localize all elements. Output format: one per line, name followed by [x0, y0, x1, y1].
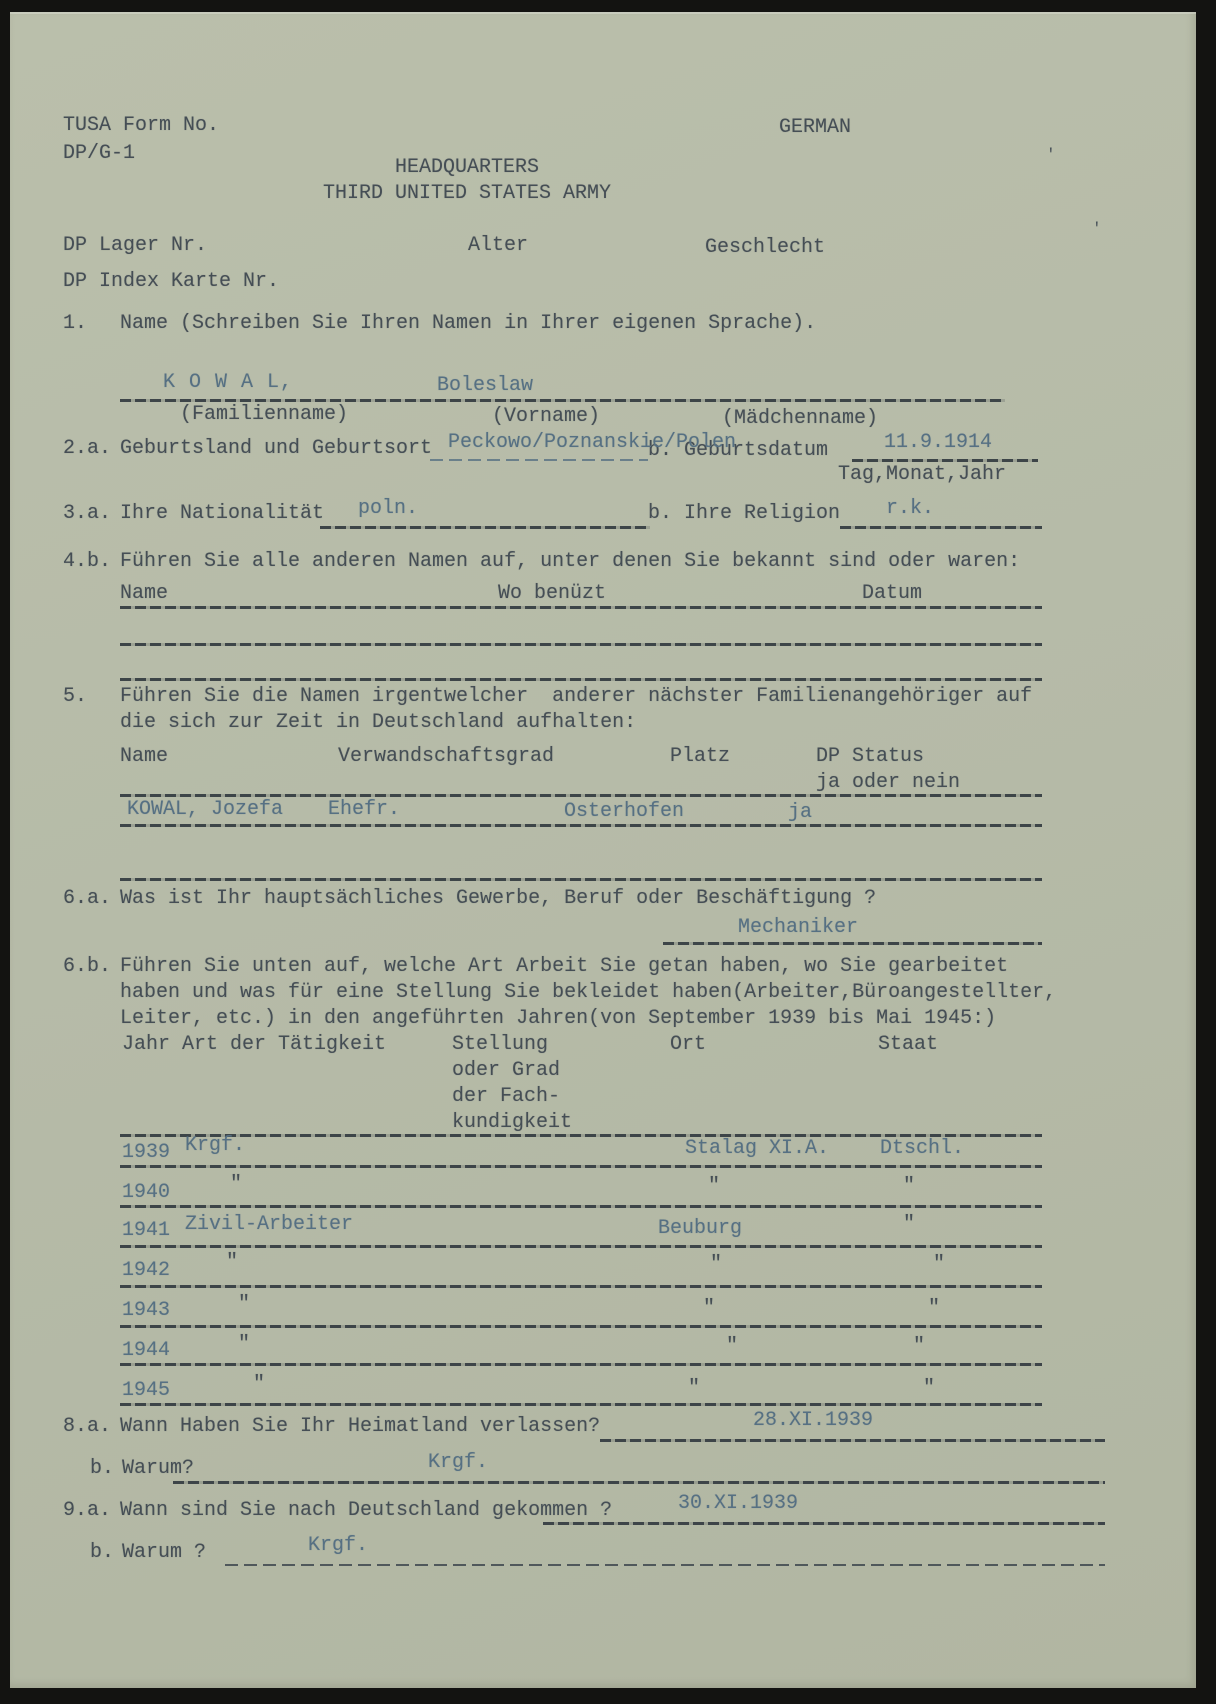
work-year: 1943: [122, 1298, 170, 1324]
birthplace-value: Peckowo/Poznanskie/Polen: [448, 430, 736, 456]
q9b-number: b.: [90, 1540, 114, 1566]
q6a-number: 6.a.: [63, 886, 111, 912]
q8a-label: Wann Haben Sie Ihr Heimatland verlassen?: [120, 1414, 600, 1440]
birthdate-value: 11.9.1914: [884, 430, 992, 456]
q5-row-rule: [120, 824, 1042, 827]
left-homeland-date-value: 28.XI.1939: [753, 1408, 873, 1434]
q5-number: 5.: [63, 684, 87, 710]
q5-label-line2: die sich zur Zeit in Deutschland aufhalt…: [120, 710, 636, 736]
q2-number: 2.a.: [63, 436, 111, 462]
q6b-col-place: Ort: [670, 1032, 706, 1058]
q6a-label: Was ist Ihr hauptsächliches Gewerbe, Ber…: [120, 886, 876, 912]
work-row-rule: [120, 1325, 1042, 1328]
q5-col-place: Platz: [670, 744, 730, 770]
given-name-value: Boleslaw: [437, 373, 533, 399]
q5-label-line1: Führen Sie die Namen irgentwelcher ander…: [120, 684, 1032, 710]
army-title: THIRD UNITED STATES ARMY: [323, 181, 611, 207]
work-country-ditto: ": [903, 1212, 915, 1238]
occupation-underline: [663, 942, 1042, 945]
work-year: 1942: [122, 1258, 170, 1284]
dp-lager-label: DP Lager Nr.: [63, 233, 207, 259]
q5-col-status1: DP Status: [816, 744, 924, 770]
work-activity: Zivil-Arbeiter: [185, 1212, 353, 1238]
work-activity: Krgf.: [185, 1133, 245, 1159]
scan-speck: ': [1046, 146, 1056, 164]
q8-number: 8.a.: [63, 1414, 111, 1440]
scan-speck: ': [1092, 220, 1102, 238]
given-name-caption: (Vorname): [492, 404, 600, 430]
work-year: 1939: [122, 1140, 170, 1166]
q9a-underline: [543, 1522, 1105, 1525]
q9a-label: Wann sind Sie nach Deutschland gekommen …: [120, 1498, 612, 1524]
occupation-value: Mechaniker: [738, 915, 858, 941]
family-name-caption: (Familienname): [180, 402, 348, 428]
q4-number: 4.b.: [63, 549, 111, 575]
work-activity-ditto: ": [238, 1292, 250, 1318]
work-row-rule: [120, 1245, 1042, 1248]
work-row-rule: [120, 1363, 1042, 1366]
work-year: 1944: [122, 1338, 170, 1364]
work-country-ditto: ": [933, 1252, 945, 1278]
work-place-ditto: ": [703, 1296, 715, 1322]
q3a-label: Ihre Nationalität: [120, 501, 324, 527]
work-year: 1941: [122, 1218, 170, 1244]
work-country-ditto: ": [903, 1174, 915, 1200]
birthplace-underline: [430, 459, 648, 461]
work-place-ditto: ": [688, 1376, 700, 1402]
language-tag: GERMAN: [779, 115, 851, 141]
work-activity-ditto: ": [238, 1332, 250, 1358]
q2a-label: Geburtsland und Geburtsort: [120, 436, 432, 462]
work-place-ditto: ": [726, 1334, 738, 1360]
q5-col-relation: Verwandschaftsgrad: [338, 744, 554, 770]
work-row-rule: [120, 1285, 1042, 1288]
work-place-ditto: ": [708, 1174, 720, 1200]
q6b-number: 6.b.: [63, 954, 111, 980]
work-activity-ditto: ": [230, 1172, 242, 1198]
q6b-label-line1: Führen Sie unten auf, welche Art Arbeit …: [120, 954, 1008, 980]
q6b-col-position2: oder Grad: [452, 1058, 560, 1084]
q1-label: Name (Schreiben Sie Ihren Namen in Ihrer…: [120, 311, 816, 337]
work-row-rule: [120, 1165, 1042, 1168]
q4-col-name: Name: [120, 581, 168, 607]
work-year: 1940: [122, 1180, 170, 1206]
relative-place-value: Osterhofen: [564, 799, 684, 825]
work-row-rule: [120, 1403, 1042, 1406]
work-country-ditto: ": [923, 1376, 935, 1402]
work-row-rule: [120, 1205, 1042, 1208]
q3b-label: b. Ihre Religion: [648, 501, 840, 527]
q6b-label-line3: Leiter, etc.) in den angeführten Jahren(…: [120, 1006, 996, 1032]
headquarters-title: HEADQUARTERS: [395, 155, 539, 181]
work-activity-ditto: ": [253, 1372, 265, 1398]
relative-relation-value: Ehefr.: [328, 797, 400, 823]
q6b-col-position4: kundigkeit: [452, 1110, 572, 1136]
arrived-germany-reason-value: Krgf.: [308, 1533, 368, 1559]
geschlecht-label: Geschlecht: [705, 235, 825, 261]
scanned-form-page: TUSA Form No. DP/G-1 GERMAN HEADQUARTERS…: [0, 0, 1216, 1704]
q6b-col-position3: der Fach-: [452, 1084, 560, 1110]
work-place: Stalag XI.A.: [685, 1136, 829, 1162]
q5-col-status2: ja oder nein: [816, 770, 960, 796]
q8b-number: b.: [90, 1456, 114, 1482]
work-place-ditto: ": [710, 1252, 722, 1278]
q4-header-rule: [120, 606, 1042, 609]
nationality-value: poln.: [358, 496, 418, 522]
q3-number: 3.a.: [63, 501, 111, 527]
dp-index-label: DP Index Karte Nr.: [63, 269, 279, 295]
q9b-label: Warum ?: [122, 1540, 206, 1566]
q4-blank-row-rule1: [120, 643, 1042, 646]
q4-col-date: Datum: [862, 581, 922, 607]
arrived-germany-date-value: 30.XI.1939: [678, 1491, 798, 1517]
q5-col-name: Name: [120, 744, 168, 770]
work-place: Beuburg: [658, 1216, 742, 1242]
q6b-col-year: Jahr: [122, 1032, 170, 1058]
work-year: 1945: [122, 1378, 170, 1404]
q6b-label-line2: haben und was für eine Stellung Sie bekl…: [120, 980, 1056, 1006]
q8a-underline: [600, 1439, 1105, 1442]
q1-number: 1.: [63, 311, 87, 337]
religion-underline: [840, 526, 1042, 529]
nationality-underline: [320, 526, 650, 529]
maiden-name-caption: (Mädchenname): [722, 406, 878, 432]
family-name-value: K O W A L,: [163, 370, 293, 396]
work-country-ditto: ": [913, 1334, 925, 1360]
q9-number: 9.a.: [63, 1498, 111, 1524]
birthdate-caption: Tag,Monat,Jahr: [838, 462, 1006, 488]
q8b-underline: [173, 1481, 1105, 1484]
relative-name-value: KOWAL, Jozefa: [127, 797, 283, 823]
left-homeland-reason-value: Krgf.: [428, 1450, 488, 1476]
relative-status-value: ja: [788, 800, 812, 826]
q6b-col-position1: Stellung: [452, 1032, 548, 1058]
q4-blank-row-rule2: [120, 678, 1042, 681]
work-country: Dtschl.: [880, 1136, 964, 1162]
q9b-underline: [225, 1564, 1105, 1566]
form-number-line1: TUSA Form No.: [63, 113, 219, 139]
q6b-col-activity: Art der Tätigkeit: [182, 1032, 386, 1058]
form-number-line2: DP/G-1: [63, 141, 135, 167]
q6b-col-country: Staat: [878, 1032, 938, 1058]
alter-label: Alter: [468, 233, 528, 259]
work-country-ditto: ": [928, 1296, 940, 1322]
religion-value: r.k.: [886, 496, 934, 522]
q4-label: Führen Sie alle anderen Namen auf, unter…: [120, 549, 1020, 575]
q5-blank-row-rule: [120, 878, 1042, 881]
q4-col-where: Wo benüzt: [498, 581, 606, 607]
work-activity-ditto: ": [226, 1250, 238, 1276]
q8b-label: Warum?: [122, 1456, 194, 1482]
